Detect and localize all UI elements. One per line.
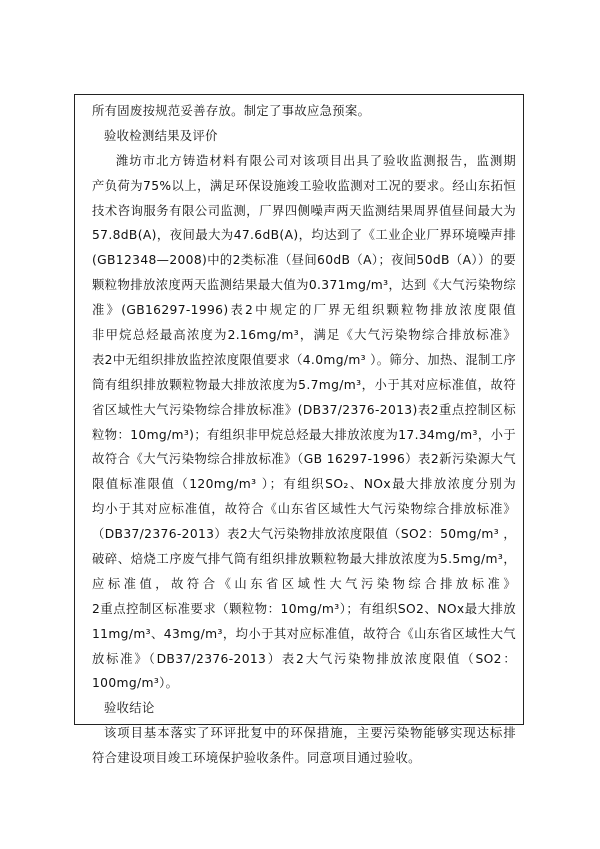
text-line: 2重点控制区标准要求（颗粒物：10mg/m³）；有组织SO2、NOx最大排放浓度…: [92, 597, 516, 622]
text-line: 该项目基本落实了环评批复中的环保措施，主要污染物能够实现达标排放，基本: [92, 721, 516, 746]
text-line: 100mg/m³）。: [92, 671, 516, 696]
text-line: 省区域性大气污染物综合排放标准》(DB37/2376-2013)表2重点控制区标…: [92, 398, 516, 423]
conclusion-paragraph: 该项目基本落实了环评批复中的环保措施，主要污染物能够实现达标排放，基本 符合建设…: [92, 721, 516, 771]
text-line: 破碎、焙烧工序废气排气筒有组织排放颗粒物最大排放浓度为5.5mg/m³，小于其对: [92, 547, 516, 572]
text-line: 筒有组织排放颗粒物最大排放浓度为5.7mg/m³，小于其对应标准值，故符合《山东: [92, 373, 516, 398]
text-line: 技术咨询服务有限公司监测，厂界四侧噪声两天监测结果周界值昼间最大为: [92, 199, 516, 224]
text-line: 符合建设项目竣工环境保护验收条件。同意项目通过验收。: [92, 746, 516, 771]
text-line: 准》(GB16297-1996)表2中规定的厂界无组织颗粒物排放浓度限值1.0m…: [92, 298, 516, 323]
document-body: 所有固废按规范妥善存放。制定了事故应急预案。 验收检测结果及评价 潍坊市北方铸造…: [92, 99, 516, 771]
text-line: 潍坊市北方铸造材料有限公司对该项目出具了验收监测报告，监测期间，生: [92, 149, 516, 174]
text-line: (GB12348—2008)中的2类标准（昼间60dB（A）；夜间50dB（A）…: [92, 248, 516, 273]
conclusion-heading: 验收结论: [92, 696, 516, 721]
results-heading: 验收检测结果及评价: [92, 124, 516, 149]
text-line: 表2中无组织排放监控浓度限值要求（4.0mg/m³ ）。筛分、加热、混制工序废气…: [92, 348, 516, 373]
text-line: （DB37/2376-2013）表2大气污染物排放浓度限值（SO2：50mg/m…: [92, 522, 516, 547]
text-line: 放标准》（DB37/2376-2013）表2大气污染物排放浓度限值（SO2：50…: [92, 647, 516, 672]
text-line: 均小于其对应标准值，故符合《山东省区域性大气污染物综合排放标准》: [92, 497, 516, 522]
text-line: 产负荷为75%以上，满足环保设施竣工验收监测对工况的要求。经山东拓恒安全评价: [92, 174, 516, 199]
results-paragraph: 潍坊市北方铸造材料有限公司对该项目出具了验收监测报告，监测期间，生 产负荷为75…: [92, 149, 516, 697]
text-line: 非甲烷总烃最高浓度为2.16mg/m³，满足《大气污染物综合排放标准》(GB16…: [92, 323, 516, 348]
text-line: 故符合《大气污染物综合排放标准》（GB 16297-1996）表2新污染源大气排…: [92, 447, 516, 472]
text-line: 57.8dB(A)，夜间最大为47.6dB(A)，均达到了《工业企业厂界环境噪声…: [92, 223, 516, 248]
text-line: 11mg/m³、43mg/m³，均小于其对应标准值，故符合《山东省区域性大气污染…: [92, 622, 516, 647]
text-line: 颗粒物排放浓度两天监测结果最大值为0.371mg/m³，达到《大气污染物综合排放…: [92, 273, 516, 298]
text-line: 限值标准限值（120mg/m³ ）；有组织SO₂、NOx最大排放浓度分别为11m…: [92, 472, 516, 497]
text-line: 粒物：10mg/m³)；有组织非甲烷总烃最大排放浓度为17.34mg/m³，小于…: [92, 423, 516, 448]
solid-waste-paragraph: 所有固废按规范妥善存放。制定了事故应急预案。: [92, 99, 516, 124]
text-line: 应标准值，故符合《山东省区域性大气污染物综合排放标准》（DB37/2376-20…: [92, 572, 516, 597]
